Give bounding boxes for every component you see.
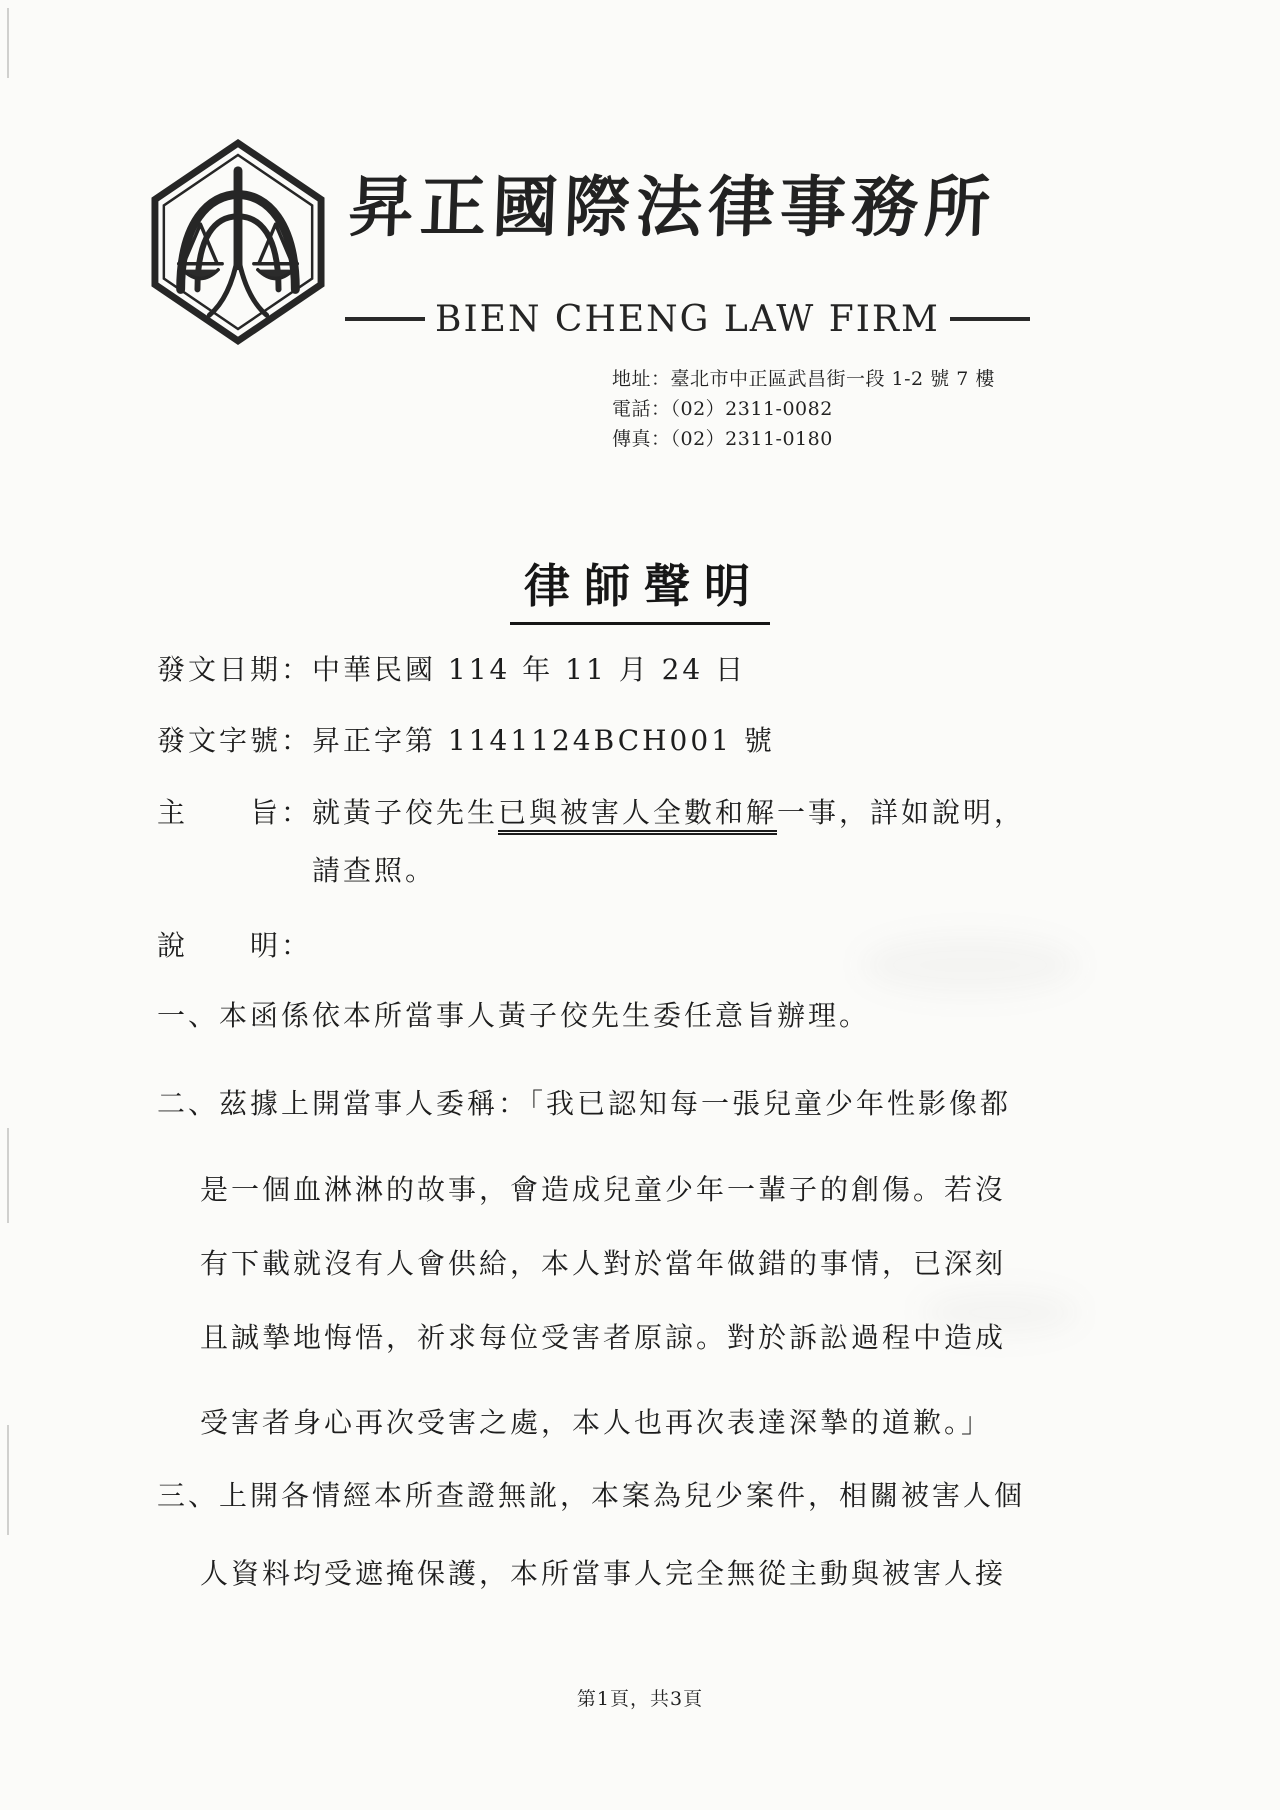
letter-page: 昇正國際法律事務所 BIEN CHENG LAW FIRM 地址：臺北市中正區武… bbox=[0, 0, 1280, 1810]
item-1-number: 一、 bbox=[157, 999, 219, 1032]
address-line: 地址：臺北市中正區武昌街一段 1-2 號 7 樓 bbox=[612, 364, 995, 394]
item-2-line-1: 二、茲據上開當事人委稱：「我已認知每一張兒童少年性影像都 bbox=[157, 1082, 1011, 1122]
subject-post: 一事，詳如說明， bbox=[777, 796, 1025, 829]
scan-artifact bbox=[7, 8, 9, 78]
subject-line-2: 請查照。 bbox=[312, 849, 436, 889]
item-3-text-1: 上開各情經本所查證無訛，本案為兒少案件，相關被害人個 bbox=[219, 1479, 1025, 1512]
date-line: 發文日期：中華民國 114 年 11 月 24 日 bbox=[157, 648, 746, 688]
scan-artifact bbox=[7, 1128, 9, 1223]
date-value: 中華民國 114 年 11 月 24 日 bbox=[312, 653, 746, 686]
subject-emphasized: 已與被害人全數和解 bbox=[498, 796, 777, 835]
firm-logo bbox=[150, 138, 326, 346]
item-2-line-5: 受害者身心再次受害之處，本人也再次表達深摯的道歉。」 bbox=[200, 1401, 992, 1441]
scan-artifact bbox=[860, 935, 1080, 995]
item-3-number: 三、 bbox=[157, 1479, 219, 1512]
fax-line: 傳真：（02）2311-0180 bbox=[612, 424, 995, 454]
ref-line: 發文字號：昇正字第 1141124BCH001 號 bbox=[157, 719, 775, 759]
firm-name-en-row: BIEN CHENG LAW FIRM bbox=[345, 299, 990, 339]
subject-pre: 就黃子佼先生 bbox=[312, 796, 498, 829]
phone-line: 電話：（02）2311-0082 bbox=[612, 394, 995, 424]
ref-value: 昇正字第 1141124BCH001 號 bbox=[312, 724, 775, 757]
item-1-text: 本函係依本所當事人黃子佼先生委任意旨辦理。 bbox=[219, 999, 870, 1032]
page-indicator: 第1頁，共3頁 bbox=[0, 1684, 1280, 1711]
right-rule bbox=[950, 317, 1030, 321]
item-1-line-1: 一、本函係依本所當事人黃子佼先生委任意旨辦理。 bbox=[157, 994, 870, 1034]
item-2-number: 二、 bbox=[157, 1087, 219, 1120]
scan-artifact bbox=[7, 1425, 9, 1535]
item-2-line-3: 有下載就沒有人會供給，本人對於當年做錯的事情，已深刻 bbox=[200, 1242, 1006, 1282]
item-2-text-1: 茲據上開當事人委稱：「我已認知每一張兒童少年性影像都 bbox=[219, 1087, 1011, 1120]
item-3-line-1: 三、上開各情經本所查證無訛，本案為兒少案件，相關被害人個 bbox=[157, 1474, 1025, 1514]
document-title: 律師聲明 bbox=[510, 550, 770, 625]
explanation-label: 說 明： bbox=[157, 924, 312, 964]
item-2-line-2: 是一個血淋淋的故事，會造成兒童少年一輩子的創傷。若沒 bbox=[200, 1168, 1006, 1208]
item-2-line-4: 且誠摯地悔悟，祈求每位受害者原諒。對於訴訟過程中造成 bbox=[200, 1316, 1006, 1356]
ref-label: 發文字號： bbox=[157, 724, 312, 757]
subject-label: 主 旨： bbox=[157, 796, 312, 829]
item-3-line-2: 人資料均受遮掩保護，本所當事人完全無從主動與被害人接 bbox=[200, 1552, 1006, 1592]
scales-hexagon-emblem-icon bbox=[150, 138, 326, 346]
left-rule bbox=[345, 317, 425, 321]
date-label: 發文日期： bbox=[157, 653, 312, 686]
contact-block: 地址：臺北市中正區武昌街一段 1-2 號 7 樓 電話：（02）2311-008… bbox=[612, 364, 995, 454]
firm-name-zh: 昇正國際法律事務所 bbox=[347, 168, 1000, 247]
subject-line-1: 主 旨：就黃子佼先生已與被害人全數和解一事，詳如說明， bbox=[157, 791, 1025, 831]
document-title-row: 律師聲明 bbox=[0, 550, 1280, 625]
firm-name-en: BIEN CHENG LAW FIRM bbox=[425, 299, 950, 340]
